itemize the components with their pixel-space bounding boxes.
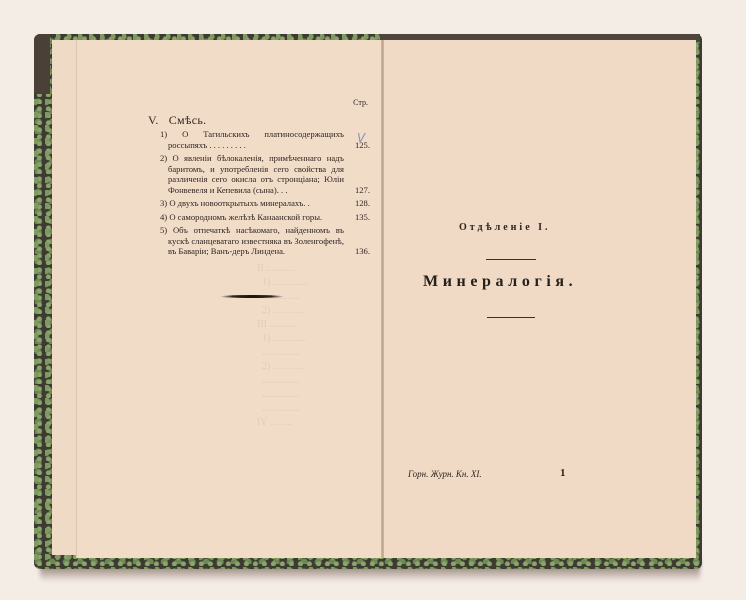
section-title: Смѣсь. xyxy=(169,113,207,127)
printer-signature: Горн. Журн. Кн. XI. xyxy=(408,469,482,479)
toc-item: 3) О двухъ новооткрытыхъ минералахъ. . 1… xyxy=(160,198,370,209)
right-page xyxy=(383,40,696,558)
rule-above-title xyxy=(486,259,536,260)
cover-corner-leather xyxy=(34,34,50,94)
toc-list: 1) О Тагильскихъ платиносодержащихъ росс… xyxy=(160,129,370,260)
toc-page-number: 136. xyxy=(355,246,370,257)
toc-item: 2) О явленіи бѣлокаленія, примѣченнаго н… xyxy=(160,153,370,195)
page-title: Минералогія. xyxy=(423,273,577,291)
page-number: 1 xyxy=(560,467,566,479)
rule-below-title xyxy=(487,317,535,318)
page-column-header: Стр. xyxy=(353,98,368,107)
left-page: II ............ 1) .............. ......… xyxy=(76,40,383,558)
toc-page-number: 127. xyxy=(355,185,370,196)
toc-item: 5) Объ отпечаткѣ насѣкомаго, найденномъ … xyxy=(160,225,370,257)
pencil-checkmark: V xyxy=(357,131,365,145)
toc-page-number: 135. xyxy=(355,212,370,223)
section-heading: V.Смѣсь. xyxy=(148,113,206,128)
toc-item: 1) О Тагильскихъ платиносодержащихъ росс… xyxy=(160,129,370,150)
bleed-through-text: II ............ 1) .............. ......… xyxy=(257,262,308,430)
toc-page-number: 128. xyxy=(355,198,370,209)
section-number: V. xyxy=(148,113,159,127)
decorative-rule-ornament xyxy=(220,295,284,298)
toc-item: 4) О самородномъ желѣзѣ Канаанской горы.… xyxy=(160,212,370,223)
department-heading: Отдѣленіе I. xyxy=(459,222,551,233)
